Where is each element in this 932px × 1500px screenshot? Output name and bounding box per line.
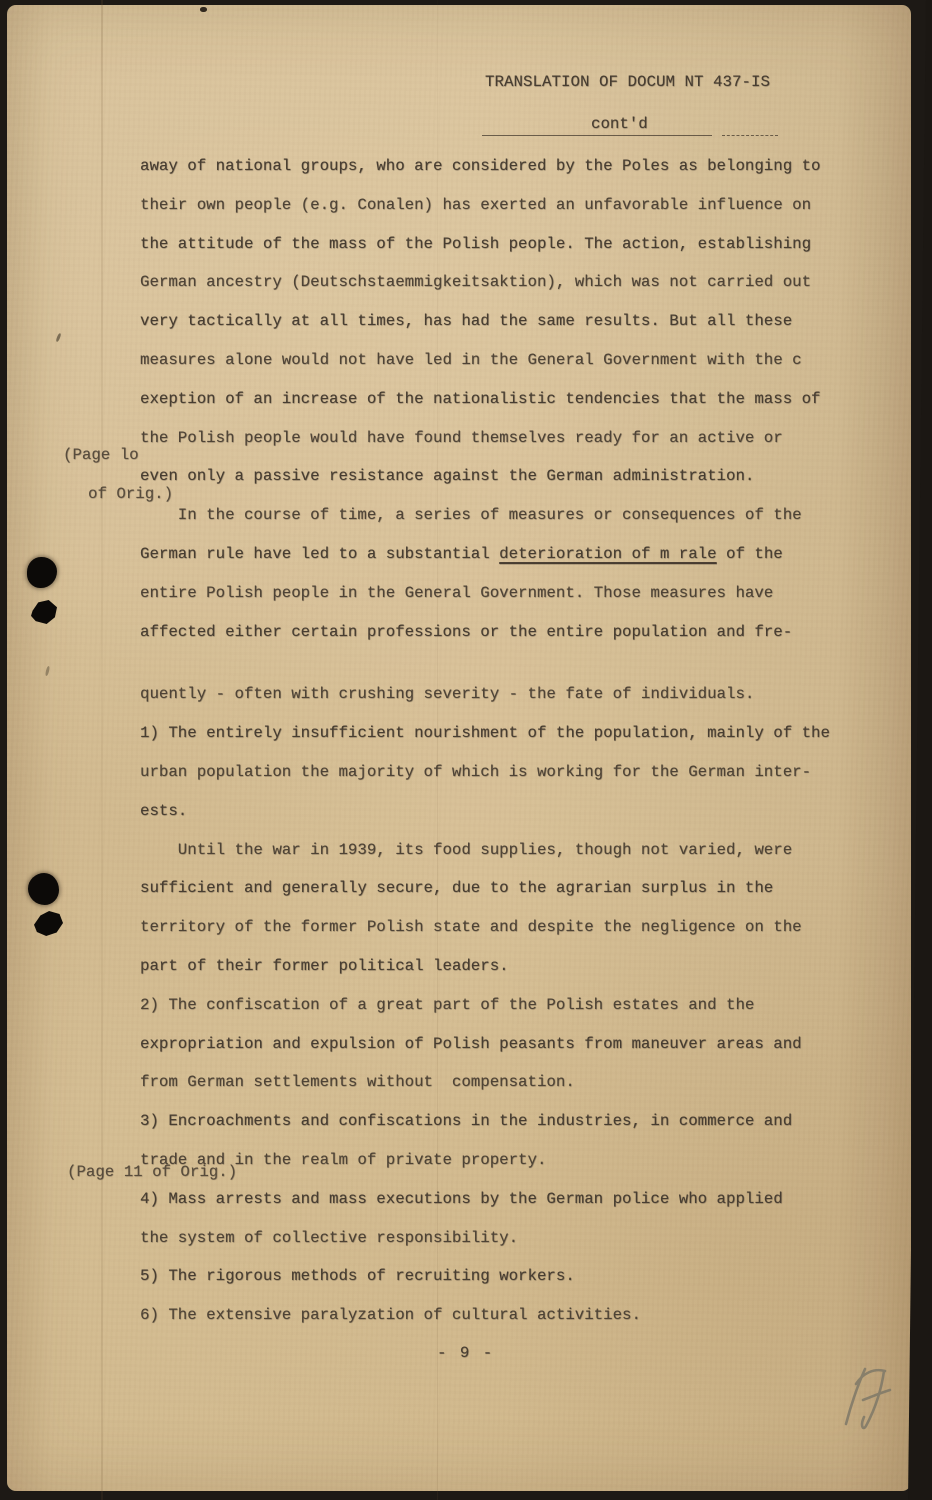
typed-line: Until the war in 1939, its food supplies…: [140, 831, 880, 870]
margin-note-page10-close: of Orig.): [88, 487, 173, 503]
punch-hole-bottom: [28, 873, 59, 905]
continuation-underline-dash: [722, 135, 778, 136]
typed-text: German rule have led to a substantial: [140, 545, 499, 563]
scanned-document-page: TRANSLATION OF DOCUM NT 437-IS cont'd aw…: [0, 0, 932, 1500]
typed-line: very tactically at all times, has had th…: [140, 302, 880, 341]
typed-line: urban population the majority of which i…: [140, 753, 880, 792]
typed-line: even only a passive resistance against t…: [140, 457, 880, 496]
typed-line: 4) Mass arrests and mass executions by t…: [140, 1180, 880, 1219]
typed-line: 1) The entirely insufficient nourishment…: [140, 714, 880, 753]
margin-note-page11: (Page 11 of Orig.): [67, 1165, 237, 1181]
typed-line: the system of collective responsibility.: [140, 1219, 880, 1258]
underlined-phrase: deterioration of m rale: [499, 545, 716, 563]
typed-text: of the: [717, 545, 783, 563]
typed-line: away of national groups, who are conside…: [140, 147, 880, 186]
typed-line: part of their former political leaders.: [140, 947, 880, 986]
paper-crease: [101, 0, 103, 1500]
typed-line: from German settlements without compensa…: [140, 1063, 880, 1102]
typed-line: the Polish people would have found thems…: [140, 419, 880, 458]
document-header-title: TRANSLATION OF DOCUM NT 437-IS: [485, 75, 770, 91]
ink-speck: [200, 7, 207, 12]
typed-line: quently - often with crushing severity -…: [140, 675, 880, 714]
typed-line: measures alone would not have led in the…: [140, 341, 880, 380]
typed-line: 2) The confiscation of a great part of t…: [140, 986, 880, 1025]
typed-line: their own people (e.g. Conalen) has exer…: [140, 186, 880, 225]
continuation-label: cont'd: [591, 117, 648, 133]
typed-line: entire Polish people in the General Gove…: [140, 574, 880, 613]
typed-line: 3) Encroachments and confiscations in th…: [140, 1102, 880, 1141]
page-number: - 9 -: [437, 1346, 494, 1362]
typed-line: exeption of an increase of the nationali…: [140, 380, 880, 419]
typed-body: away of national groups, who are conside…: [140, 147, 880, 1335]
typed-line: trade and in the realm of private proper…: [140, 1141, 880, 1180]
continuation-underline: [482, 135, 712, 136]
typed-line: the attitude of the mass of the Polish p…: [140, 225, 880, 264]
margin-note-page10-open: (Page lo: [63, 448, 139, 464]
typed-line: affected either certain professions or t…: [140, 613, 880, 652]
typed-line: expropriation and expulsion of Polish pe…: [140, 1025, 880, 1064]
typed-line: territory of the former Polish state and…: [140, 908, 880, 947]
typed-line: In the course of time, a series of measu…: [140, 496, 880, 535]
typed-line: sufficient and generally secure, due to …: [140, 869, 880, 908]
typed-line: 6) The extensive paralyzation of cultura…: [140, 1296, 880, 1335]
typed-line: ests.: [140, 792, 880, 831]
typed-line: 5) The rigorous methods of recruiting wo…: [140, 1257, 880, 1296]
typed-line: German ancestry (Deutschstaemmigkeitsakt…: [140, 263, 880, 302]
typed-line: German rule have led to a substantial de…: [140, 535, 880, 574]
